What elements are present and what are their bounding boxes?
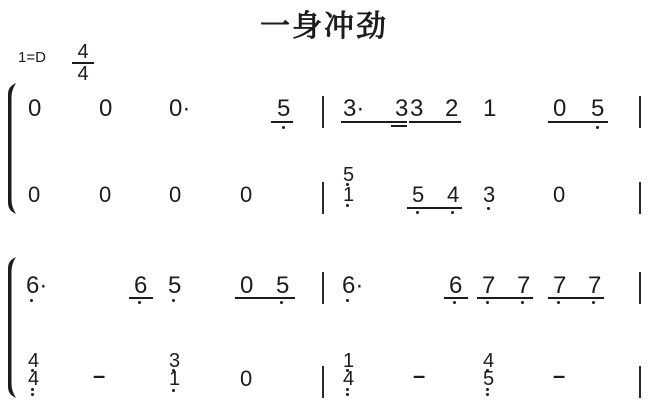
note: 0 (99, 184, 111, 206)
barline (322, 272, 324, 304)
octave-dot (521, 301, 524, 304)
barline (639, 96, 641, 128)
barline (639, 272, 641, 304)
beam-underline (341, 121, 407, 123)
note: 3· (343, 97, 364, 121)
note: 0· (169, 97, 190, 121)
octave-dot (172, 389, 175, 392)
double-octave-dot (346, 388, 349, 391)
beam-underline (548, 297, 604, 299)
chord-bottom-note: 5 (483, 369, 494, 389)
chord-bottom-note: 4 (343, 369, 354, 389)
note: 7 (517, 274, 530, 298)
octave-dot (282, 126, 285, 129)
note: 5 (168, 274, 181, 298)
note: 7 (588, 274, 601, 298)
chord-bottom-note: 1 (169, 369, 180, 389)
time-signature-denominator: 4 (71, 64, 95, 84)
barline (639, 366, 641, 398)
note: 3 (395, 97, 408, 121)
barline (322, 182, 324, 214)
note: 6· (26, 274, 47, 298)
note: 0 (553, 184, 565, 206)
double-octave-dot (31, 388, 34, 391)
double-octave-dot (486, 393, 489, 396)
note: 0 (169, 184, 181, 206)
note: 0 (553, 97, 566, 121)
note: 0 (240, 274, 253, 298)
song-title: 一身冲劲 (0, 12, 648, 42)
note: 0 (240, 184, 252, 206)
beam-underline (548, 121, 608, 123)
note: 7 (482, 274, 495, 298)
octave-dot (280, 301, 283, 304)
barline (639, 182, 641, 214)
note: 0 (28, 184, 40, 206)
octave-dot (172, 299, 175, 302)
octave-dot (346, 204, 349, 207)
octave-dot (487, 207, 490, 210)
beam-underline (129, 297, 153, 299)
note: 6 (449, 274, 462, 298)
double-octave-dot (346, 393, 349, 396)
dash-note: – (553, 365, 565, 387)
octave-dot (453, 301, 456, 304)
double-octave-dot (486, 388, 489, 391)
beam-underline (271, 121, 293, 123)
octave-dot (346, 299, 349, 302)
octave-dot (416, 211, 419, 214)
note: 3 (410, 97, 423, 121)
note: 5 (591, 97, 604, 121)
octave-dot (592, 301, 595, 304)
note: 7 (553, 274, 566, 298)
note: 4 (447, 184, 459, 206)
note: 0 (99, 97, 112, 121)
beam-underline (444, 297, 468, 299)
chord-bottom-note: 1 (343, 185, 354, 205)
note: 1 (483, 97, 496, 121)
note: 5 (277, 97, 290, 121)
octave-dot (138, 301, 141, 304)
time-signature-numerator: 4 (71, 42, 95, 62)
barline (322, 96, 324, 128)
piano-bracket-icon (5, 83, 19, 214)
octave-dot (557, 301, 560, 304)
note: 0 (28, 97, 41, 121)
octave-dot (596, 126, 599, 129)
octave-dot (451, 211, 454, 214)
note: 0 (240, 368, 252, 390)
time-signature: 4 4 (71, 42, 95, 84)
beam-underline (407, 207, 462, 209)
note: 6 (134, 274, 147, 298)
dash-note: – (413, 365, 425, 387)
double-octave-dot (31, 393, 34, 396)
beam-underline (409, 121, 461, 123)
beam-underline-2 (391, 125, 407, 127)
note: 3 (483, 184, 495, 206)
note: 2 (445, 97, 458, 121)
chord-bottom-note: 4 (28, 369, 39, 389)
octave-dot (30, 299, 33, 302)
beam-underline (477, 297, 533, 299)
beam-underline (235, 297, 295, 299)
barline (322, 366, 324, 398)
dash-note: – (93, 365, 105, 387)
octave-dot (486, 301, 489, 304)
note: 5 (276, 274, 289, 298)
score-sheet: 一身冲劲 1=D 4 4 0 0 0· 5 3· 3 3 2 1 0 5 0 0… (0, 0, 648, 403)
note: 5 (412, 184, 424, 206)
key-signature: 1=D (18, 50, 46, 65)
piano-bracket-icon (5, 257, 19, 398)
chord-top-note: 5 (343, 165, 354, 185)
note: 6· (342, 274, 363, 298)
